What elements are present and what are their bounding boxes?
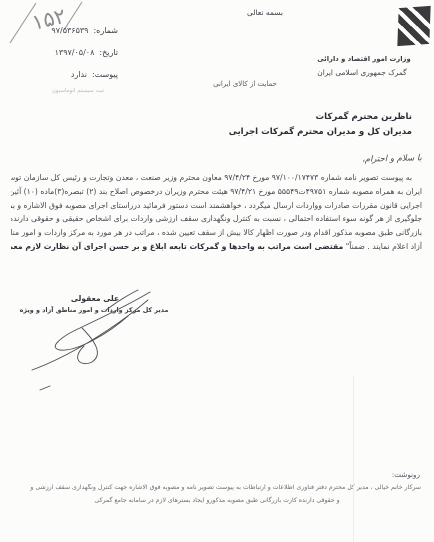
letter-attachment-row: پیوست: ندارد — [10, 64, 118, 86]
body-line: جلوگیری از هر گونه سوء استفاده احتمالی ،… — [11, 212, 422, 226]
body-line: ایران به همراه مصوبه شماره ۴۹۷۵۱ت۵۵۵۴۹ م… — [11, 185, 422, 199]
letter-body: به پیوست تصویر نامه شماره ۹۷/۱۰۰/۱۷۴۷۳ م… — [11, 171, 422, 254]
year-slogan-text: حمایت از کالای ایرانی — [165, 80, 325, 88]
handwritten-signature — [10, 270, 190, 400]
body-line: اجرایی قانون مقررات صادرات وواردات ارسال… — [11, 199, 422, 213]
body-line-last: آزاد اعلام نمایند . ضمناً" مقتضی است مرا… — [11, 240, 422, 254]
letter-number-row: شماره: ۹۷/۵۳۶۵۳۹ — [10, 20, 118, 42]
greeting-text: با سلام و احترام، — [362, 153, 422, 165]
copy-to-line-1: سرکار خانم خیالی ، مدیر کل محترم دفتر فن… — [30, 484, 421, 491]
organization-name: گمرک جمهوری اسلامی ایران — [292, 68, 432, 77]
letter-meta-block: شماره: ۹۷/۵۳۶۵۳۹ تاریخ: ۱۳۹۷/۰۵/۰۸ پیوست… — [10, 20, 118, 86]
letter-number-label: شماره: — [93, 20, 118, 42]
customs-logo-icon — [398, 7, 432, 49]
letter-number-value: ۹۷/۵۳۶۵۳۹ — [51, 20, 88, 42]
letter-date-label: تاریخ: — [99, 42, 118, 64]
letter-attachment-value: ندارد — [71, 64, 87, 86]
recipient-line-1: ناظرین محترم گمرکات — [316, 112, 412, 122]
bismillah-text: بسمه تعالی — [190, 8, 340, 17]
body-last-line-bold: مقتضی است مراتب به واحدها و گمرکات تابعه… — [11, 242, 343, 251]
customs-logo-shape — [397, 6, 430, 46]
body-line: بازرگانی طبق مصوبه مذکور اقدام ودر صورت … — [11, 226, 422, 240]
scan-fold-line — [353, 376, 354, 542]
letter-date-value: ۱۳۹۷/۰۵/۰۸ — [55, 42, 95, 64]
letter-attachment-label: پیوست: — [92, 64, 118, 86]
ministry-name: وزارت امور اقتصاد و دارائی — [299, 55, 429, 63]
scanned-letter-page: ۱۵۲ شماره: ۹۷/۵۳۶۵۳۹ تاریخ: ۱۳۹۷/۰۵/۰۸ پ… — [0, 0, 434, 542]
copy-to-line-2: و حقوقی دارنده کارت بازرگانی طبق مصوبه م… — [70, 497, 364, 504]
signature-stroke-2 — [32, 300, 148, 370]
automation-registry-stamp: ثبت سیستم اتوماسیون — [28, 88, 128, 94]
body-line: به پیوست تصویر نامه شماره ۹۷/۱۰۰/۱۷۴۷۳ م… — [11, 171, 422, 185]
signature-stroke-5 — [40, 386, 50, 390]
recipient-line-2: مدیران کل و مدیران محترم گمرکات اجرایی — [229, 127, 412, 137]
letter-date-row: تاریخ: ۱۳۹۷/۰۵/۰۸ — [10, 42, 118, 64]
signature-stroke-1 — [55, 292, 150, 350]
body-last-line-normal: آزاد اعلام نمایند . ضمناً" — [343, 242, 422, 251]
copy-to-label: رونوشت: — [392, 470, 420, 479]
